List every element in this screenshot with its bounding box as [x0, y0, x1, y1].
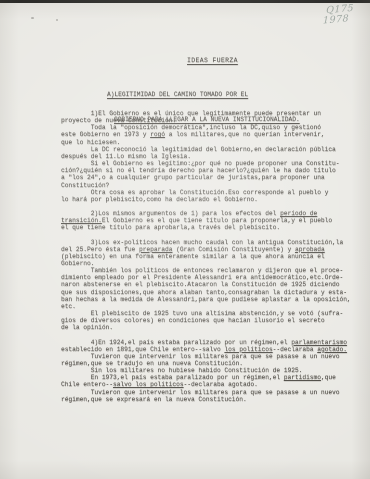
handwritten-annotation: Q175 1978	[326, 4, 354, 26]
typewritten-line: lo hará por plebiscito,como ha declarado…	[61, 196, 361, 203]
typewritten-line: etc.	[61, 303, 361, 310]
typewritten-line: (plebiscito) en una forma enteramente si…	[61, 253, 361, 260]
typewritten-line: gios de diversos colores) en condiciones…	[61, 317, 361, 324]
typewritten-line: régimen,que se tradujo en una nueva Cons…	[61, 360, 361, 367]
document-body: 1)El Gobierno es el único que legítimame…	[61, 110, 361, 403]
typewritten-line: que sus disposiciones,que ahora alaban t…	[61, 289, 361, 296]
typewritten-line: También los políticos de entonces reclam…	[61, 267, 361, 274]
typewritten-line: naron abstenerse en el plebiscito.Atacar…	[61, 281, 361, 288]
typewritten-line: régimen,que se expresará en la nueva Con…	[61, 396, 361, 403]
typewritten-line: proyecto de nueva Constitución.	[61, 117, 361, 124]
typewritten-line: Gobierno.	[61, 260, 361, 267]
typewritten-line: Toda la "oposición democrática",incluso …	[61, 124, 361, 131]
typewritten-line: el que tiene título para aprobarla,a tra…	[61, 224, 361, 231]
dust-speck	[56, 19, 58, 21]
typewritten-line: 3)Los ex-políticos hacen mucho caudal co…	[61, 239, 361, 246]
typewritten-line: La DC reconoció la legitimidad del Gobie…	[61, 146, 361, 153]
heading-line: A)LEGITIMIDAD DEL CAMINO TOMADO POR EL	[107, 91, 300, 99]
scanned-document-page: { "colors": { "paper": "#e9e8e3", "ink":…	[0, 0, 370, 479]
typewritten-line: Chile entero--salvo los políticos--decla…	[61, 381, 361, 388]
typewritten-line: que lo hiciesen.	[61, 139, 361, 146]
scan-top-edge	[0, 0, 370, 3]
typewritten-line: Otra cosa es aprobar la Constitución.Eso…	[61, 189, 361, 196]
annotation-line: 1978	[323, 13, 354, 25]
typewritten-line: Constitución?	[61, 182, 361, 189]
typewritten-line: después del 11.Lo mismo la Iglesia.	[61, 153, 361, 160]
typewritten-line: Sin los militares no hubiese habido Cons…	[61, 367, 361, 374]
typewritten-line: dimiento empleado por el Presidente Ales…	[61, 274, 361, 281]
typewritten-line: este Gobierno en 1973 y rogó a los milit…	[61, 131, 361, 138]
typewritten-line: 4)En 1924,el país estaba paralizado por …	[61, 339, 361, 346]
dust-speck	[31, 17, 34, 19]
typewritten-line: Tuvieron que intervenir los militares pa…	[61, 389, 361, 396]
document-title: IDEAS FUERZA	[187, 57, 238, 64]
typewritten-line: de la opinión.	[61, 324, 361, 331]
typewritten-line: El plebiscito de 1925 tuvo una altísima …	[61, 310, 361, 317]
typewritten-line: del 25.Pero ésta fue preparada (Gran Com…	[61, 246, 361, 253]
typewritten-line: establecido en 1891,que Chile entero--sa…	[61, 346, 361, 353]
typewritten-line: 1)El Gobierno es el único que legítimame…	[61, 110, 361, 117]
typewritten-line: transición.El Gobierno es el que tiene t…	[61, 217, 361, 224]
typewritten-line: Tuvieron que intervenir los militares pa…	[61, 353, 361, 360]
typewritten-line: En 1973,el país estaba paralizado por un…	[61, 374, 361, 381]
typewritten-line: ban hechas a la medida de Alessandri,par…	[61, 296, 361, 303]
typewritten-line: ción?¿quién si no él tendría derecho par…	[61, 167, 361, 174]
typewritten-line: 2)Los mismos argumentos de 1) para los e…	[61, 210, 361, 217]
typewritten-line: a "los 24",o a cualquier grupo particula…	[61, 174, 361, 181]
typewritten-line: Si el Gobierno es legítimo:¿por qué no p…	[61, 160, 361, 167]
